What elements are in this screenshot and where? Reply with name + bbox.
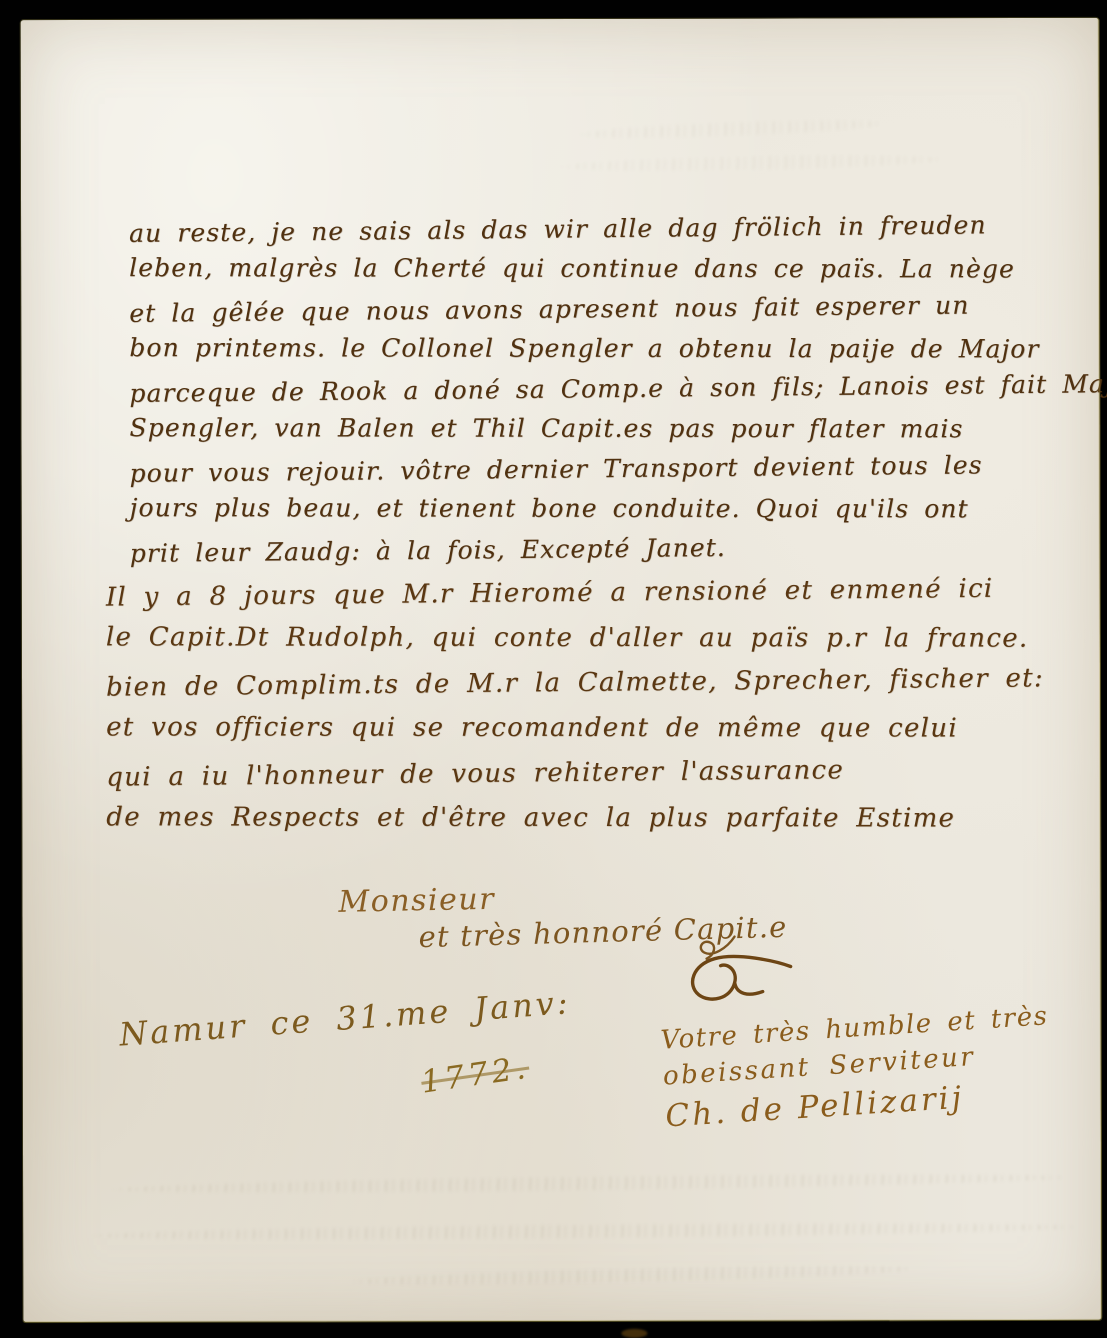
letter-line: et la gêlée que nous avons apresent nous… (129, 284, 1107, 334)
letter-line: Spengler, van Balen et Thil Capit.es pas… (129, 408, 1107, 449)
letter-line: pour vous rejouir. vôtre dernier Transpo… (129, 444, 1107, 494)
letter-line: de mes Respects et d'être avec la plus p… (106, 795, 1044, 841)
letter-line: bon printems. le Collonel Spengler a obt… (129, 328, 1107, 369)
bleed-through-mark (353, 1262, 913, 1288)
letter-line: bien de Complim.ts de M.r la Calmette, S… (106, 656, 1044, 710)
bleed-through-mark (93, 1221, 1073, 1243)
dateline-year: 1772. (419, 1050, 532, 1101)
salutation-monsieur: Monsieur (338, 882, 495, 920)
letter-line: qui a iu l'honneur de vous rehiterer l'a… (106, 746, 1044, 800)
ink-stain (621, 1329, 647, 1338)
letter-line: Il y a 8 jours que M.r Hieromé a rension… (106, 566, 1044, 620)
bleed-through-mark (561, 153, 941, 173)
letter-line: parceque de Rook a doné sa Comp.e à son … (129, 364, 1107, 414)
bleed-through-mark (113, 1171, 1063, 1196)
letter-line: au reste, je ne sais als das wir alle da… (129, 204, 1107, 254)
bleed-through-mark (581, 117, 881, 141)
letter-line: jours plus beau, et tienent bone conduit… (130, 488, 1107, 529)
dateline-place: Namur ce 31.me Janv: (118, 983, 572, 1053)
signature-block: Votre très humble et très obeissant Serv… (660, 998, 1055, 1137)
letter-line: leben, malgrès la Cherté qui continue da… (129, 248, 1107, 289)
letter-paragraph-2: Il y a 8 jours que M.r Hieromé a rension… (106, 570, 1045, 842)
letter-line: le Capit.Dt Rudolph, qui conte d'aller a… (106, 615, 1044, 661)
letter-line: et vos officiers qui se recomandent de m… (106, 705, 1044, 751)
letter-paper: au reste, je ne sais als das wir alle da… (21, 18, 1102, 1322)
signature-flourish-icon (679, 951, 799, 1023)
scan-background: au reste, je ne sais als das wir alle da… (0, 0, 1107, 1338)
letter-paragraph-1: au reste, je ne sais als das wir alle da… (129, 208, 1107, 570)
